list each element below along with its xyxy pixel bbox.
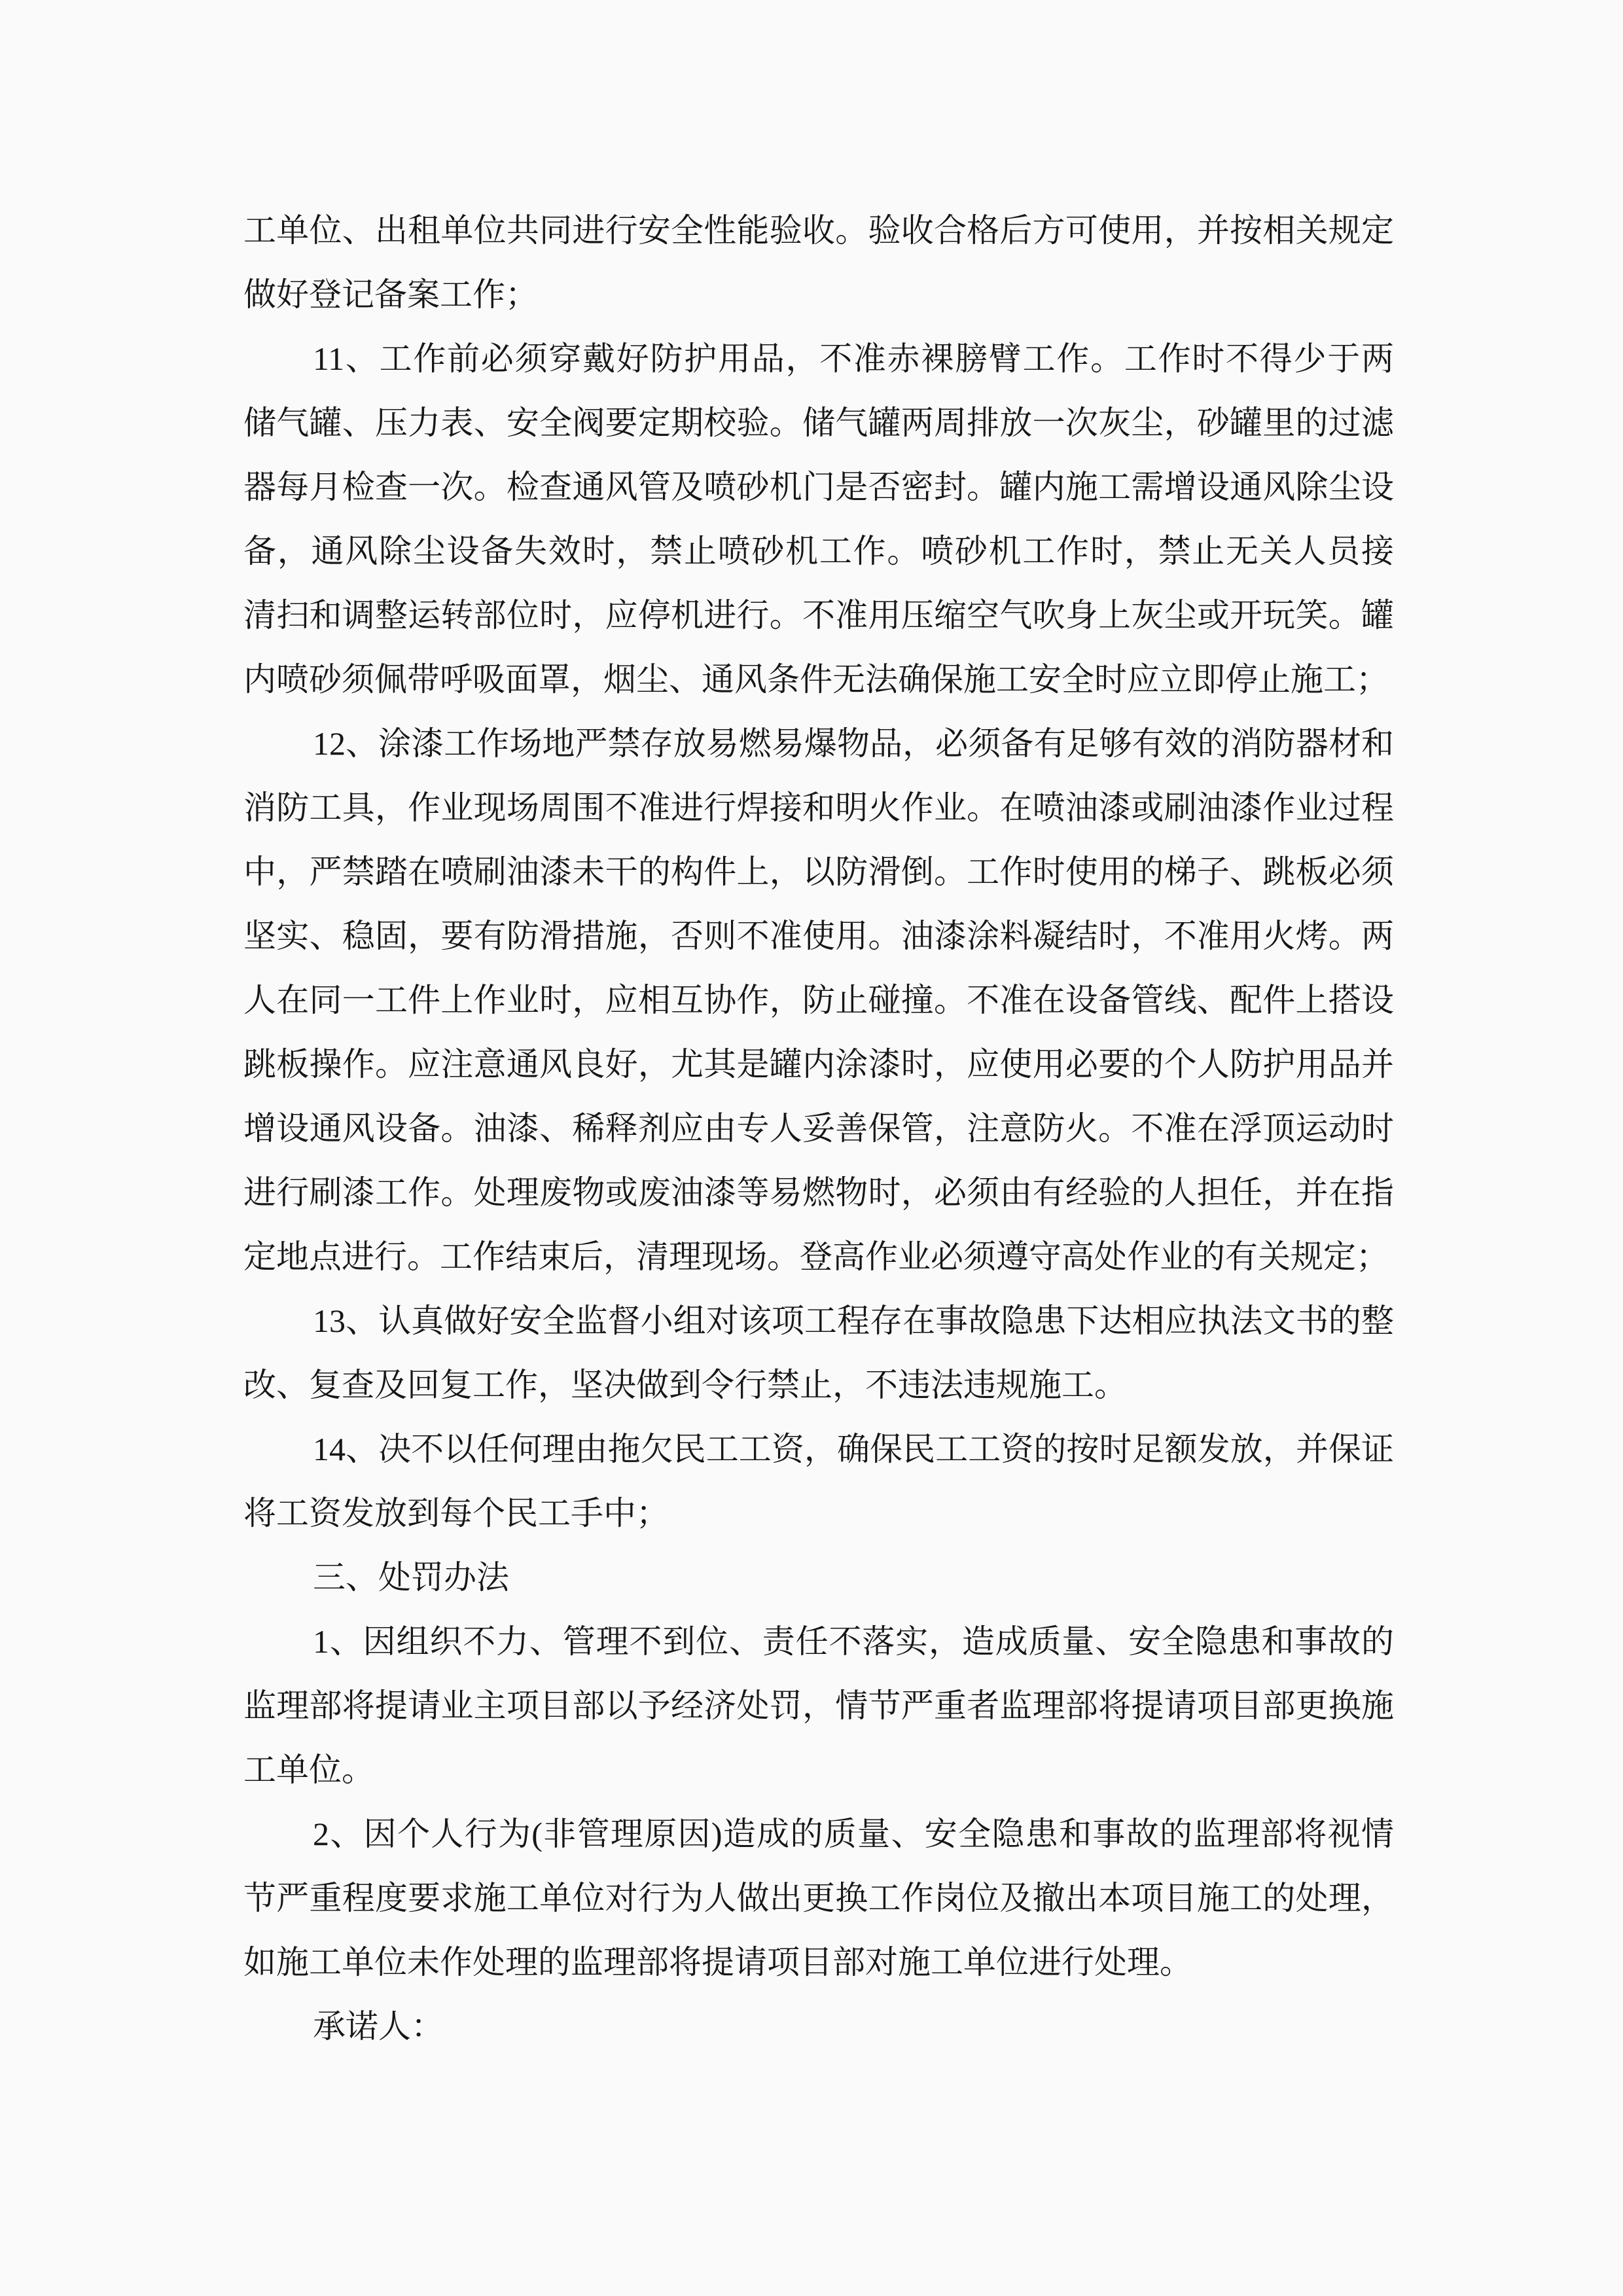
text-line: 改、复查及回复工作，坚决做到令行禁止，不违法违规施工。 — [243, 1353, 1394, 1417]
text-line: 13、认真做好安全监督小组对该项工程存在事故隐患下达相应执法文书的整 — [243, 1289, 1394, 1353]
text-line: 器每月检查一次。检查通风管及喷砂机门是否密封。罐内施工需增设通风除尘设 — [243, 455, 1394, 519]
text-line: 将工资发放到每个民工手中； — [243, 1481, 1394, 1545]
text-line: 节严重程度要求施工单位对行为人做出更换工作岗位及撤出本项目施工的处理， — [243, 1866, 1394, 1930]
text-line: 坚实、稳固，要有防滑措施，否则不准使用。油漆涂料凝结时，不准用火烤。两 — [243, 904, 1394, 968]
text-line: 内喷砂须佩带呼吸面罩，烟尘、通风条件无法确保施工安全时应立即停止施工； — [243, 647, 1394, 711]
text-line: 14、决不以任何理由拖欠民工工资，确保民工工资的按时足额发放，并保证 — [243, 1417, 1394, 1481]
text-line: 工单位、出租单位共同进行安全性能验收。验收合格后方可使用，并按相关规定 — [243, 198, 1394, 262]
text-line: 清扫和调整运转部位时，应停机进行。不准用压缩空气吹身上灰尘或开玩笑。罐 — [243, 583, 1394, 647]
text-line: 三、处罚办法 — [243, 1545, 1394, 1609]
text-line: 增设通风设备。油漆、稀释剂应由专人妥善保管，注意防火。不准在浮顶运动时 — [243, 1096, 1394, 1160]
text-line: 1、因组织不力、管理不到位、责任不落实，造成质量、安全隐患和事故的 — [243, 1609, 1394, 1674]
text-line: 备，通风除尘设备失效时，禁止喷砂机工作。喷砂机工作时，禁止无关人员接近。 — [243, 519, 1394, 583]
document-text-block: 工单位、出租单位共同进行安全性能验收。验收合格后方可使用，并按相关规定做好登记备… — [243, 198, 1394, 2058]
text-line: 工单位。 — [243, 1738, 1394, 1802]
text-line: 承诺人： — [243, 1994, 1394, 2058]
text-line: 储气罐、压力表、安全阀要定期校验。储气罐两周排放一次灰尘，砂罐里的过滤 — [243, 391, 1394, 455]
text-line: 做好登记备案工作； — [243, 262, 1394, 327]
text-line: 定地点进行。工作结束后，清理现场。登高作业必须遵守高处作业的有关规定； — [243, 1225, 1394, 1289]
text-line: 跳板操作。应注意通风良好，尤其是罐内涂漆时，应使用必要的个人防护用品并 — [243, 1032, 1394, 1096]
text-line: 如施工单位未作处理的监理部将提请项目部对施工单位进行处理。 — [243, 1930, 1394, 1994]
text-line: 消防工具，作业现场周围不准进行焊接和明火作业。在喷油漆或刷油漆作业过程 — [243, 776, 1394, 840]
document-page: 工单位、出租单位共同进行安全性能验收。验收合格后方可使用，并按相关规定做好登记备… — [0, 0, 1623, 2296]
text-line: 11、工作前必须穿戴好防护用品，不准赤裸膀臂工作。工作时不得少于两人。 — [243, 327, 1394, 391]
text-line: 2、因个人行为(非管理原因)造成的质量、安全隐患和事故的监理部将视情 — [243, 1802, 1394, 1866]
text-line: 12、涂漆工作场地严禁存放易燃易爆物品，必须备有足够有效的消防器材和 — [243, 711, 1394, 776]
text-line: 中，严禁踏在喷刷油漆未干的构件上，以防滑倒。工作时使用的梯子、跳板必须 — [243, 840, 1394, 904]
text-line: 进行刷漆工作。处理废物或废油漆等易燃物时，必须由有经验的人担任，并在指 — [243, 1160, 1394, 1225]
text-line: 人在同一工件上作业时，应相互协作，防止碰撞。不准在设备管线、配件上搭设 — [243, 968, 1394, 1032]
text-line: 监理部将提请业主项目部以予经济处罚，情节严重者监理部将提请项目部更换施 — [243, 1674, 1394, 1738]
